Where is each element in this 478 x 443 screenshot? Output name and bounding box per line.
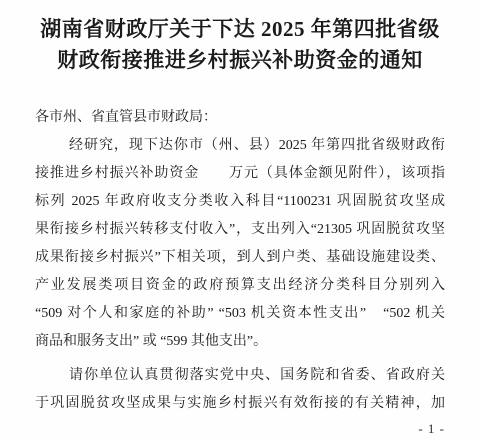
body-line: 产业发展类项目资金的政府预算支出经济分类科目分别列入: [35, 272, 445, 300]
body-line: “509 对个人和家庭的补助” “503 机关资本性支出” “502 机关: [35, 300, 445, 328]
body-line: 商品和服务支出” 或 “599 其他支出”。: [35, 328, 445, 356]
paragraph-1: 经研究，现下达你市（州、县）2025 年第四批省级财政衔 接推进乡村振兴补助资金…: [35, 132, 445, 356]
body-line: 标列 2025 年政府收支分类收入科目“1100231 巩固脱贫攻坚成: [35, 188, 445, 216]
title-line-2: 财政衔接推进乡村振兴补助资金的通知: [35, 45, 445, 76]
salutation: 各市州、省直管县市财政局：: [35, 104, 445, 132]
body-line: 成果衔接乡村振兴”下相关项，到人到户类、基础设施建设类、: [35, 244, 445, 272]
title-line-1: 湖南省财政厅关于下达 2025 年第四批省级: [35, 14, 445, 45]
body-line: 经研究，现下达你市（州、县）2025 年第四批省级财政衔: [35, 132, 445, 160]
body-line: 于巩固脱贫攻坚成果与实施乡村振兴有效衔接的有关精神，加: [35, 390, 445, 418]
paragraph-2: 请你单位认真贯彻落实党中央、国务院和省委、省政府关 于巩固脱贫攻坚成果与实施乡村…: [35, 362, 445, 418]
page-number: - 1 -: [35, 420, 445, 438]
document-page: 湖南省财政厅关于下达 2025 年第四批省级 财政衔接推进乡村振兴补助资金的通知…: [0, 0, 478, 443]
body-line: 接推进乡村振兴补助资金 万元（具体金额见附件），该项指: [35, 160, 445, 188]
body-line: 果衔接乡村振兴转移支付收入”，支出列入“21305 巩固脱贫攻坚: [35, 216, 445, 244]
notice-title: 湖南省财政厅关于下达 2025 年第四批省级 财政衔接推进乡村振兴补助资金的通知: [35, 14, 445, 76]
body-line: 请你单位认真贯彻落实党中央、国务院和省委、省政府关: [35, 362, 445, 390]
